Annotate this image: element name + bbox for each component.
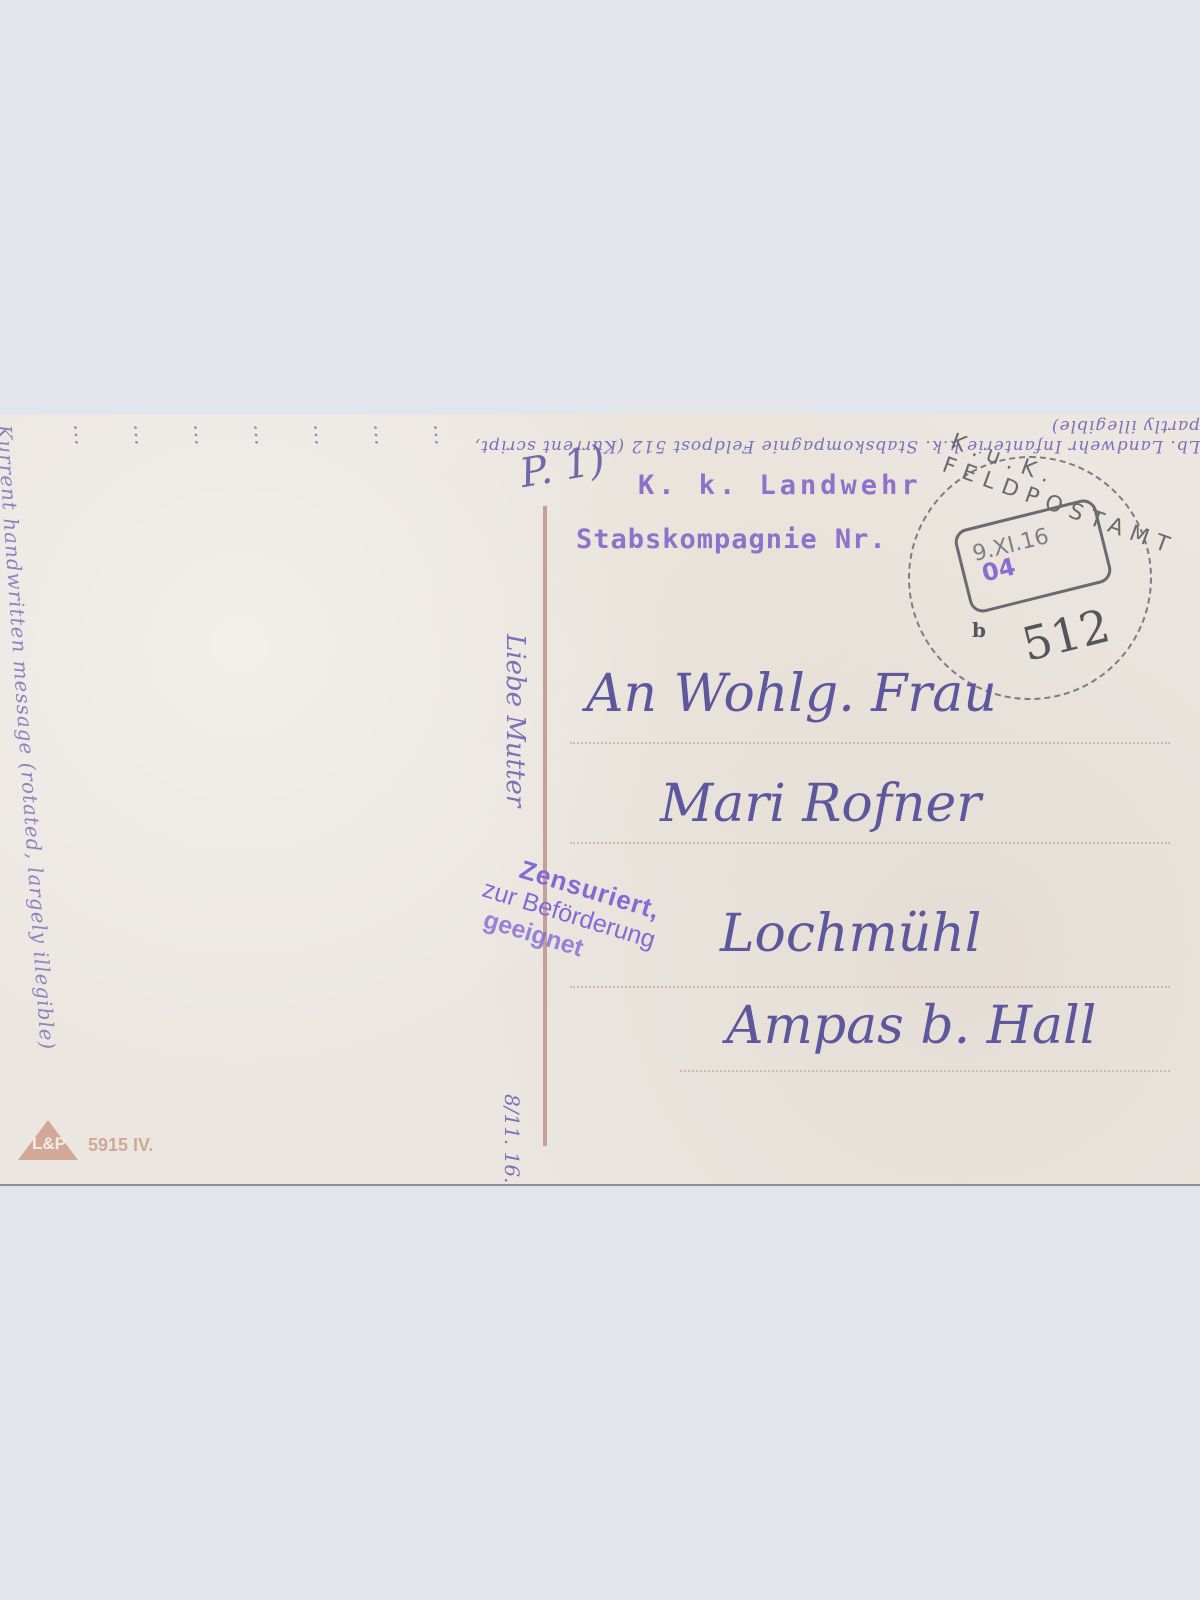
recipient-line3: Lochmühl [720,904,981,964]
postmark-sub: b [972,618,986,642]
message-line: ... [129,423,154,447]
address-dotted-line [570,986,1170,988]
address-dotted-line [570,742,1170,744]
address-dotted-line [680,1070,1170,1072]
recipient-line2: Mari Rofner [660,774,981,834]
message-line: ... [429,423,454,447]
unit-stamp-line2: Stabskompagnie Nr. [576,524,887,555]
censor-stamp: Zensuriert, zur Beförderung geeignet [499,854,668,983]
message-line: ... [249,423,274,447]
publisher-number: 5915 IV. [88,1135,153,1156]
address-dotted-line [570,842,1170,844]
message-line: ... [189,423,214,447]
message-line: ... [69,423,94,447]
message-date: 8/11. 16. [500,1094,524,1183]
message-line: ... [309,423,334,447]
unit-stamp-line1: K. k. Landwehr [638,470,922,501]
divider-line [543,506,547,1146]
recipient-line1: An Wohlg. Frau [586,664,997,724]
publisher-mark: L&P 5915 IV. [18,1120,153,1160]
message-greeting: Liebe Mutter [500,634,530,807]
message-line: Kurrent handwritten message (rotated, la… [0,424,60,1051]
postcard: Lb. Landwehr Infanterie k.k. Stabskompag… [0,414,1200,1186]
message-line: ... [369,423,394,447]
postmark-number: 512 [1017,598,1115,672]
publisher-logo-icon: L&P [18,1120,78,1160]
recipient-line4: Ampas b. Hall [726,996,1096,1056]
